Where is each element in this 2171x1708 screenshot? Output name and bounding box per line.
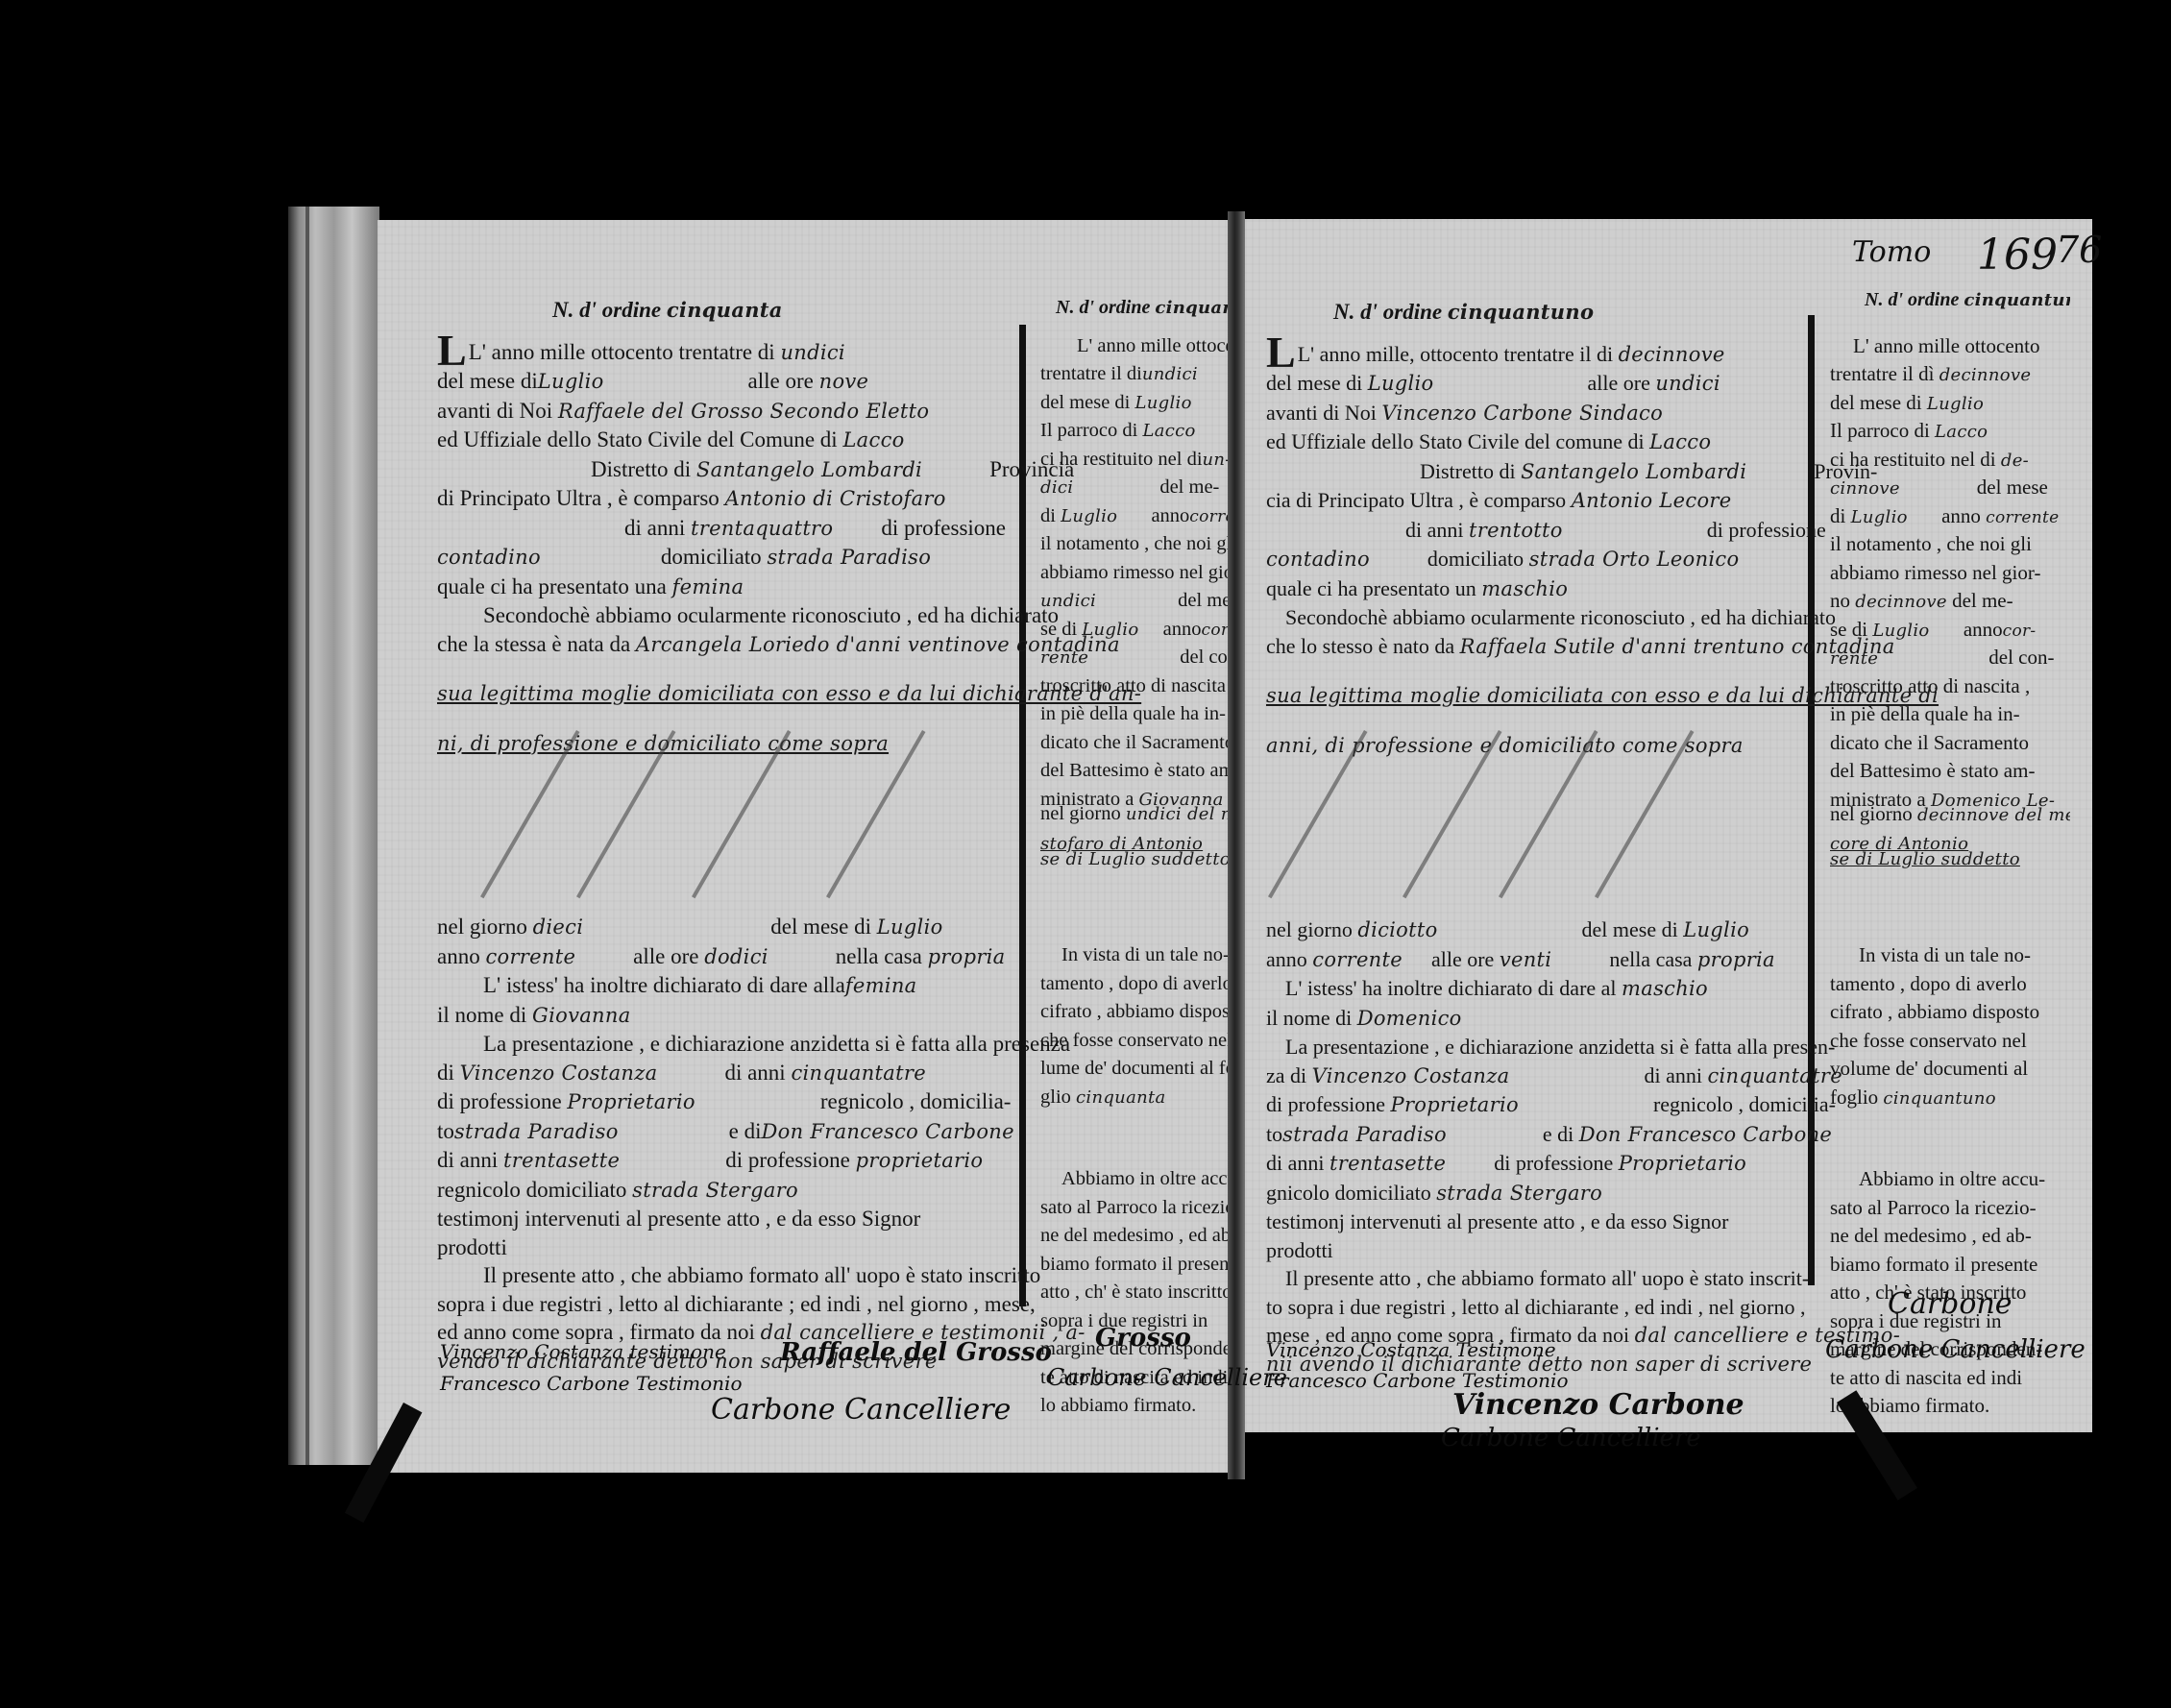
text-line: di anni (1266, 1151, 1325, 1175)
text-line: del me- (1952, 589, 2013, 612)
handwritten-witness1-address: strada Paradiso (1282, 1123, 1447, 1146)
handwritten-month: Luglio (1368, 372, 1434, 395)
handwritten-birth-month: Luglio (877, 915, 943, 939)
handwritten-witness2-name: Don Francesco Carbone (1579, 1123, 1832, 1146)
page-number: 76 (2056, 229, 2102, 271)
handwritten-day: undici del me- (1126, 804, 1228, 824)
handwritten-year: corrente (1312, 948, 1403, 971)
text-line: nella casa (1551, 947, 1692, 971)
handwritten-line: anni, di professione e domiciliato come … (1266, 732, 1809, 761)
text-line: ci ha restituito nel di (1830, 448, 1996, 471)
text-line: di anni (657, 1061, 785, 1085)
handwritten-parish: Lacco (1935, 422, 1988, 442)
text-line: anno (1913, 504, 1981, 527)
text-line: se di (1040, 619, 1077, 640)
handwritten-year: rente (1830, 648, 1878, 669)
text-line: In vista di un tale no- (1040, 943, 1228, 972)
text-line: prodotti (437, 1233, 1013, 1262)
text-line: Abbiamo in oltre accu- (1830, 1167, 2070, 1196)
handwritten-folio: cinquanta (1076, 1087, 1166, 1108)
text-line: abbiamo rimesso nel giorno (1040, 561, 1228, 590)
handwritten-witness1-age: cinquantatre (791, 1061, 925, 1085)
handwritten-profession: contadino (1266, 548, 1370, 571)
text-line: anno (1122, 505, 1189, 526)
text-line: del con- (1878, 646, 2054, 669)
handwritten-officer: Vincenzo Carbone Sindaco (1381, 402, 1663, 425)
handwritten-year: rente (1040, 647, 1088, 668)
text-line: del con- (1088, 647, 1228, 668)
text-line: che lo stesso è nato da (1266, 634, 1454, 658)
right-margin-lower: nel giorno decinnove del me- se di Lugli… (1830, 802, 2070, 1423)
handwritten-year: corrente (485, 945, 575, 968)
signature-chancellor: Carbone Cancelliere (1047, 1364, 1287, 1391)
text-line: atto , ch' è stato inscritto (1040, 1281, 1228, 1309)
text-line: lume de' documenti al fo- (1040, 1057, 1228, 1086)
text-line: del mese di (1830, 391, 1922, 414)
text-line: te atto di nascita ed indi (1830, 1366, 2070, 1395)
text-line: domiciliato (1370, 547, 1524, 571)
left-margin-record: N. d' ordine cinquanta L' anno mille ott… (1040, 296, 1228, 862)
folio-number: 169 (1977, 231, 2058, 280)
left-main-record: N. d' ordine cinquanta LL' anno mille ot… (437, 296, 1013, 758)
handwritten-address: strada Paradiso (767, 546, 931, 569)
handwritten-day: decinnove (1619, 343, 1725, 366)
text-line: L' istess' ha inoltre dichiarato di dare… (1285, 976, 1617, 1000)
text-line: Il presente atto , che abbiamo formato a… (1266, 1264, 1809, 1293)
right-main-record: N. d' ordine cinquantuno LL' anno mille,… (1266, 298, 1809, 760)
text-line: anno (1266, 947, 1307, 971)
text-line: il notamento , che noi gli (1830, 532, 2070, 561)
record-number-label: N. d' ordine (552, 298, 661, 322)
text-line: del mese di (1438, 917, 1678, 941)
text-line: La presentazione , e dichiarazione anzid… (437, 1030, 1013, 1059)
signature-witness1: Vincenzo Costanza Testimone (1266, 1338, 1556, 1361)
text-line: nel giorno (1830, 802, 1913, 825)
handwritten-birth-month: Luglio (1683, 918, 1749, 941)
text-line: in piè della quale ha in- (1830, 702, 2070, 731)
text-line: del mese (1900, 476, 2048, 499)
text-line: glio (1040, 1086, 1071, 1108)
text-line: nella casa (768, 944, 922, 968)
handwritten-officer: Raffaele del Grosso Secondo Eletto (558, 400, 929, 423)
text-line: il nome di (437, 1003, 526, 1027)
book-edge-left-leaves (288, 207, 379, 1465)
handwritten-witness2-age: trentasette (503, 1149, 620, 1172)
text-line: del mese di (437, 369, 538, 393)
text-line: e di (1447, 1122, 1573, 1146)
handwritten-witness1-name: Vincenzo Costanza (1312, 1064, 1510, 1087)
handwritten-birth-hour: venti (1500, 948, 1551, 971)
handwritten-witness1-address: strada Paradiso (454, 1120, 619, 1143)
text-line: avanti di Noi (1266, 401, 1377, 425)
handwritten-year: cor- (1202, 621, 1229, 640)
text-line: che fosse conservato nel vo- (1040, 1029, 1228, 1058)
text-line: anno (1144, 619, 1202, 640)
text-line: tamento , dopo di averlo (1040, 972, 1228, 1001)
text-line: Abbiamo in oltre accu- (1040, 1167, 1228, 1196)
text-line: Distretto di (1420, 459, 1516, 483)
handwritten-witness1-profession: Proprietario (567, 1090, 695, 1113)
handwritten-hour: nove (819, 370, 869, 393)
handwritten-day: undici (1142, 364, 1198, 384)
handwritten-month: Luglio (1135, 393, 1192, 413)
handwritten-month: Luglio (1061, 506, 1117, 526)
handwritten-month: Luglio (538, 370, 604, 393)
handwritten-birth-day: dieci (533, 915, 584, 939)
text-line: ci ha restituito nel di (1040, 449, 1203, 470)
text-line: za di (1266, 1063, 1306, 1087)
text-line: Il parroco di (1040, 420, 1137, 441)
handwritten-house: propria (928, 945, 1006, 968)
text-line: in piè della quale ha in- (1040, 702, 1228, 731)
handwritten-witness2-name: Don Francesco Carbone (762, 1120, 1014, 1143)
handwritten-comune: Lacco (842, 428, 904, 451)
handwritten-comune: Lacco (1649, 430, 1711, 453)
text-line: avanti di Noi (437, 399, 552, 423)
text-line: gnicolo domiciliato (1266, 1181, 1431, 1205)
text-line: anno (437, 944, 480, 968)
text-line: no (1830, 589, 1850, 612)
text-line: di professione (1446, 1151, 1613, 1175)
record-number: cinquantuno (1448, 300, 1594, 324)
handwritten-month: Luglio (1872, 621, 1929, 641)
handwritten-day: dici (1040, 477, 1073, 498)
text-line: regnicolo , domicilia- (1519, 1092, 1836, 1116)
handwritten-day: cinnove (1830, 478, 1900, 499)
text-line: del mese di (1040, 392, 1130, 413)
text-line: L' anno mille ottocento trentatre di (469, 340, 775, 364)
text-line: sato al Parroco la ricezio- (1830, 1196, 2070, 1225)
text-line: Il presente atto , che abbiamo formato a… (437, 1261, 1013, 1290)
handwritten-house: propria (1697, 948, 1775, 971)
record-number-label: N. d' ordine (1865, 289, 1959, 310)
text-line: cifrato , abbiamo disposto (1040, 1000, 1228, 1029)
text-line: biamo formato il presente (1830, 1253, 2070, 1281)
text-line: di professione (1563, 518, 1826, 542)
text-line: il nome di (1266, 1006, 1352, 1030)
handwritten-month: Luglio (1082, 620, 1138, 640)
text-line: di (437, 1061, 454, 1085)
handwritten-witness2-age: trentasette (1329, 1152, 1446, 1175)
record-number: cinquantuno (1964, 290, 2070, 310)
handwritten-year: cor- (2003, 622, 2037, 641)
record-number-label: N. d' ordine (1056, 297, 1150, 318)
text-line: del Battesimo è stato am- (1040, 759, 1228, 788)
text-line: L' istess' ha inoltre dichiarato di dare… (483, 973, 845, 997)
handwritten-month: Luglio (1851, 507, 1908, 527)
text-line: testimonj intervenuti al presente atto ,… (437, 1205, 1013, 1233)
handwritten-witness2-address: strada Stergaro (1436, 1182, 1602, 1205)
handwritten-witness2-profession: proprietario (856, 1149, 984, 1172)
handwritten-folio: cinquantuno (1883, 1088, 1995, 1109)
handwritten-declarant: Antonio Lecore (1572, 489, 1732, 512)
handwritten-sex: femina (845, 974, 917, 997)
text-line: nel giorno (437, 915, 527, 939)
text-line: to (437, 1119, 454, 1143)
text-line: testimonj intervenuti al presente atto ,… (1266, 1208, 1809, 1236)
text-line: del Battesimo è stato am- (1830, 759, 2070, 788)
signature-chancellor: Carbone Cancelliere (711, 1393, 1011, 1427)
book-gutter (1228, 211, 1245, 1479)
text-line: di (1830, 504, 1845, 527)
signature-witness2: Francesco Carbone Testimonio (440, 1372, 743, 1395)
handwritten-profession: contadino (437, 546, 541, 569)
signature-officer: Grosso (1095, 1324, 1191, 1353)
text-line: biamo formato il presente (1040, 1253, 1228, 1281)
text-line: di anni (1509, 1063, 1702, 1087)
signature-mayor: Carbone (1888, 1287, 2012, 1321)
text-line: ne del medesimo , ed ab- (1040, 1224, 1228, 1253)
signature-chancellor: Carbone Cancelliere (1441, 1424, 1701, 1452)
text-line: nel giorno (1266, 917, 1353, 941)
text-line: e di (619, 1119, 762, 1143)
handwritten-line: sua legittima moglie domiciliata con ess… (1266, 682, 1809, 711)
handwritten-sex: maschio (1481, 577, 1568, 600)
text-line: to (1266, 1122, 1282, 1146)
text-line: sopra i due registri , letto al dichiara… (437, 1290, 1013, 1319)
text-line: di Principato Ultra , è comparso (437, 486, 720, 510)
text-line: cia di Principato Ultra , è comparso (1266, 488, 1566, 512)
corner-note: Tomo (1852, 235, 1931, 269)
text-line: di (1040, 505, 1056, 526)
text-line: L' anno mille, ottocento trentatre il di (1298, 342, 1613, 366)
signature-officer: Raffaele del Grosso (780, 1338, 1052, 1367)
right-margin-record: N. d' ordine cinquantuno L' anno mille o… (1830, 288, 2070, 862)
text-line: di professione (620, 1148, 850, 1172)
text-line: prodotti (1266, 1236, 1809, 1265)
handwritten-witness1-age: cinquantatre (1707, 1064, 1842, 1087)
text-line: regnicolo , domicilia- (695, 1089, 1012, 1113)
text-line: ed Uffiziale dello Stato Civile del comu… (1266, 429, 1645, 453)
handwritten-day: undici (1040, 591, 1096, 611)
text-line: regnicolo domiciliato (437, 1178, 626, 1202)
text-line: cifrato , abbiamo disposto (1830, 1000, 2070, 1029)
text-line: L' anno mille ottocento (1040, 334, 1228, 363)
handwritten-hour: undici (1655, 372, 1720, 395)
handwritten-birth-day: diciotto (1357, 918, 1437, 941)
text-line: di anni (624, 516, 685, 540)
handwritten-child-name: Giovanna (532, 1004, 631, 1027)
text-line: alle ore (575, 944, 698, 968)
text-line: Il parroco di (1830, 419, 1930, 442)
text-line: domiciliato (541, 545, 762, 569)
handwritten-witness2-profession: Proprietario (1619, 1152, 1746, 1175)
text-line: quale ci ha presentato un (1266, 576, 1476, 600)
signature-witness1: Vincenzo Costanza testimone (440, 1340, 726, 1363)
text-line: sato al Parroco la ricezio- (1040, 1196, 1228, 1225)
text-line: dicato che il Sacramento (1040, 731, 1228, 760)
text-line: di anni (1405, 518, 1464, 542)
handwritten-year: corrente (1986, 508, 2059, 527)
text-line: se di (1830, 618, 1867, 641)
text-line: La presentazione , e dichiarazione anzid… (1266, 1033, 1809, 1061)
text-line: abbiamo rimesso nel gior- (1830, 561, 2070, 590)
handwritten-district: Santangelo Lombardi (1521, 460, 1746, 483)
text-line: alle ore (1403, 947, 1494, 971)
handwritten-parish: Lacco (1142, 421, 1195, 441)
left-birth-details: nel giorno diecidel mese di Luglio anno … (437, 913, 1013, 1376)
handwritten-district: Santangelo Lombardi (696, 458, 922, 481)
text-line: di anni (437, 1148, 498, 1172)
record-number: cinquanta (667, 298, 783, 322)
text-line: dicato che il Sacramento (1830, 731, 2070, 760)
text-line: troscritto atto di nascita , (1830, 674, 2070, 703)
text-line: lo abbiamo firmato. (1040, 1394, 1228, 1423)
handwritten-day: decinnove (1939, 365, 2032, 385)
handwritten-witness1-profession: Proprietario (1391, 1093, 1519, 1116)
text-line: che la stessa è nata da (437, 632, 630, 656)
text-line: Secondochè abbiamo ocularmente riconosci… (1266, 603, 1809, 632)
text-line: alle ore (604, 369, 814, 393)
text-line: In vista di un tale no- (1830, 943, 2070, 972)
text-line: anno (1935, 618, 2003, 641)
text-line: quale ci ha presentato una (437, 574, 667, 598)
handwritten-age: trentaquattro (691, 517, 833, 540)
signature-mayor: Vincenzo Carbone (1452, 1388, 1744, 1422)
text-line: trentatre il dì (1830, 362, 1934, 385)
text-line: il notamento , che noi gli (1040, 532, 1228, 561)
text-line: del me- (1096, 590, 1228, 611)
text-line: foglio (1830, 1086, 1878, 1109)
text-line: nel giorno (1040, 803, 1121, 824)
record-number-label: N. d' ordine (1333, 300, 1442, 324)
handwritten-sex: maschio (1622, 977, 1708, 1000)
handwritten-child-name: Domenico (1357, 1007, 1462, 1030)
handwritten-age: trentotto (1469, 519, 1563, 542)
handwritten-line: ni, di professione e domiciliato come so… (437, 730, 1013, 759)
text-line: Secondochè abbiamo ocularmente riconosci… (437, 601, 1013, 630)
handwritten-year: corrente (1189, 507, 1228, 526)
handwritten-sex: femina (672, 575, 744, 598)
text-line: di professione (833, 516, 1006, 540)
handwritten-line: sua legittima moglie domiciliata con ess… (437, 680, 1013, 709)
handwritten-declarant: Antonio di Cristofaro (725, 487, 946, 510)
text-line: tamento , dopo di averlo (1830, 972, 2070, 1001)
text-line: di professione (1266, 1092, 1385, 1116)
text-line: L' anno mille ottocento (1830, 334, 2070, 363)
handwritten-line: se di Luglio suddetto (1830, 848, 2070, 877)
text-line: che fosse conservato nel (1830, 1029, 2070, 1058)
text-line: Distretto di (591, 457, 691, 481)
text-line: ne del medesimo , ed ab- (1830, 1224, 2070, 1253)
text-line: trentatre il di (1040, 363, 1142, 384)
text-line: di professione (437, 1089, 562, 1113)
handwritten-address: strada Orto Leonico (1529, 548, 1740, 571)
handwritten-day: de- (2001, 451, 2029, 471)
signature-chancellor: Carbone Cancelliere (1825, 1335, 2086, 1364)
text-line: troscritto atto di nascita (1040, 674, 1228, 703)
handwritten-birth-hour: dodici (704, 945, 768, 968)
text-line: to sopra i due registri , letto al dichi… (1266, 1293, 1809, 1322)
text-line: del mese di (1266, 371, 1362, 395)
handwritten-line: se di Luglio suddetto (1040, 848, 1228, 877)
handwritten-month: Luglio (1927, 394, 1984, 414)
text-line: del me- (1073, 476, 1219, 498)
right-birth-details: nel giorno diciottodel mese di Luglio an… (1266, 915, 1809, 1379)
handwritten-day: decinnove (1855, 592, 1947, 612)
text-line: volume de' documenti al (1830, 1057, 2070, 1086)
handwritten-day: undici (780, 341, 845, 364)
handwritten-day: decinnove del me- (1917, 805, 2070, 825)
handwritten-witness2-address: strada Stergaro (632, 1179, 798, 1202)
handwritten-witness1-name: Vincenzo Costanza (460, 1061, 658, 1085)
handwritten-day: un- (1203, 450, 1228, 470)
record-number: cinquanta (1155, 298, 1228, 318)
text-line: ed Uffiziale dello Stato Civile del Comu… (437, 427, 838, 451)
text-line: alle ore (1434, 371, 1650, 395)
text-line: del mese di (583, 915, 871, 939)
